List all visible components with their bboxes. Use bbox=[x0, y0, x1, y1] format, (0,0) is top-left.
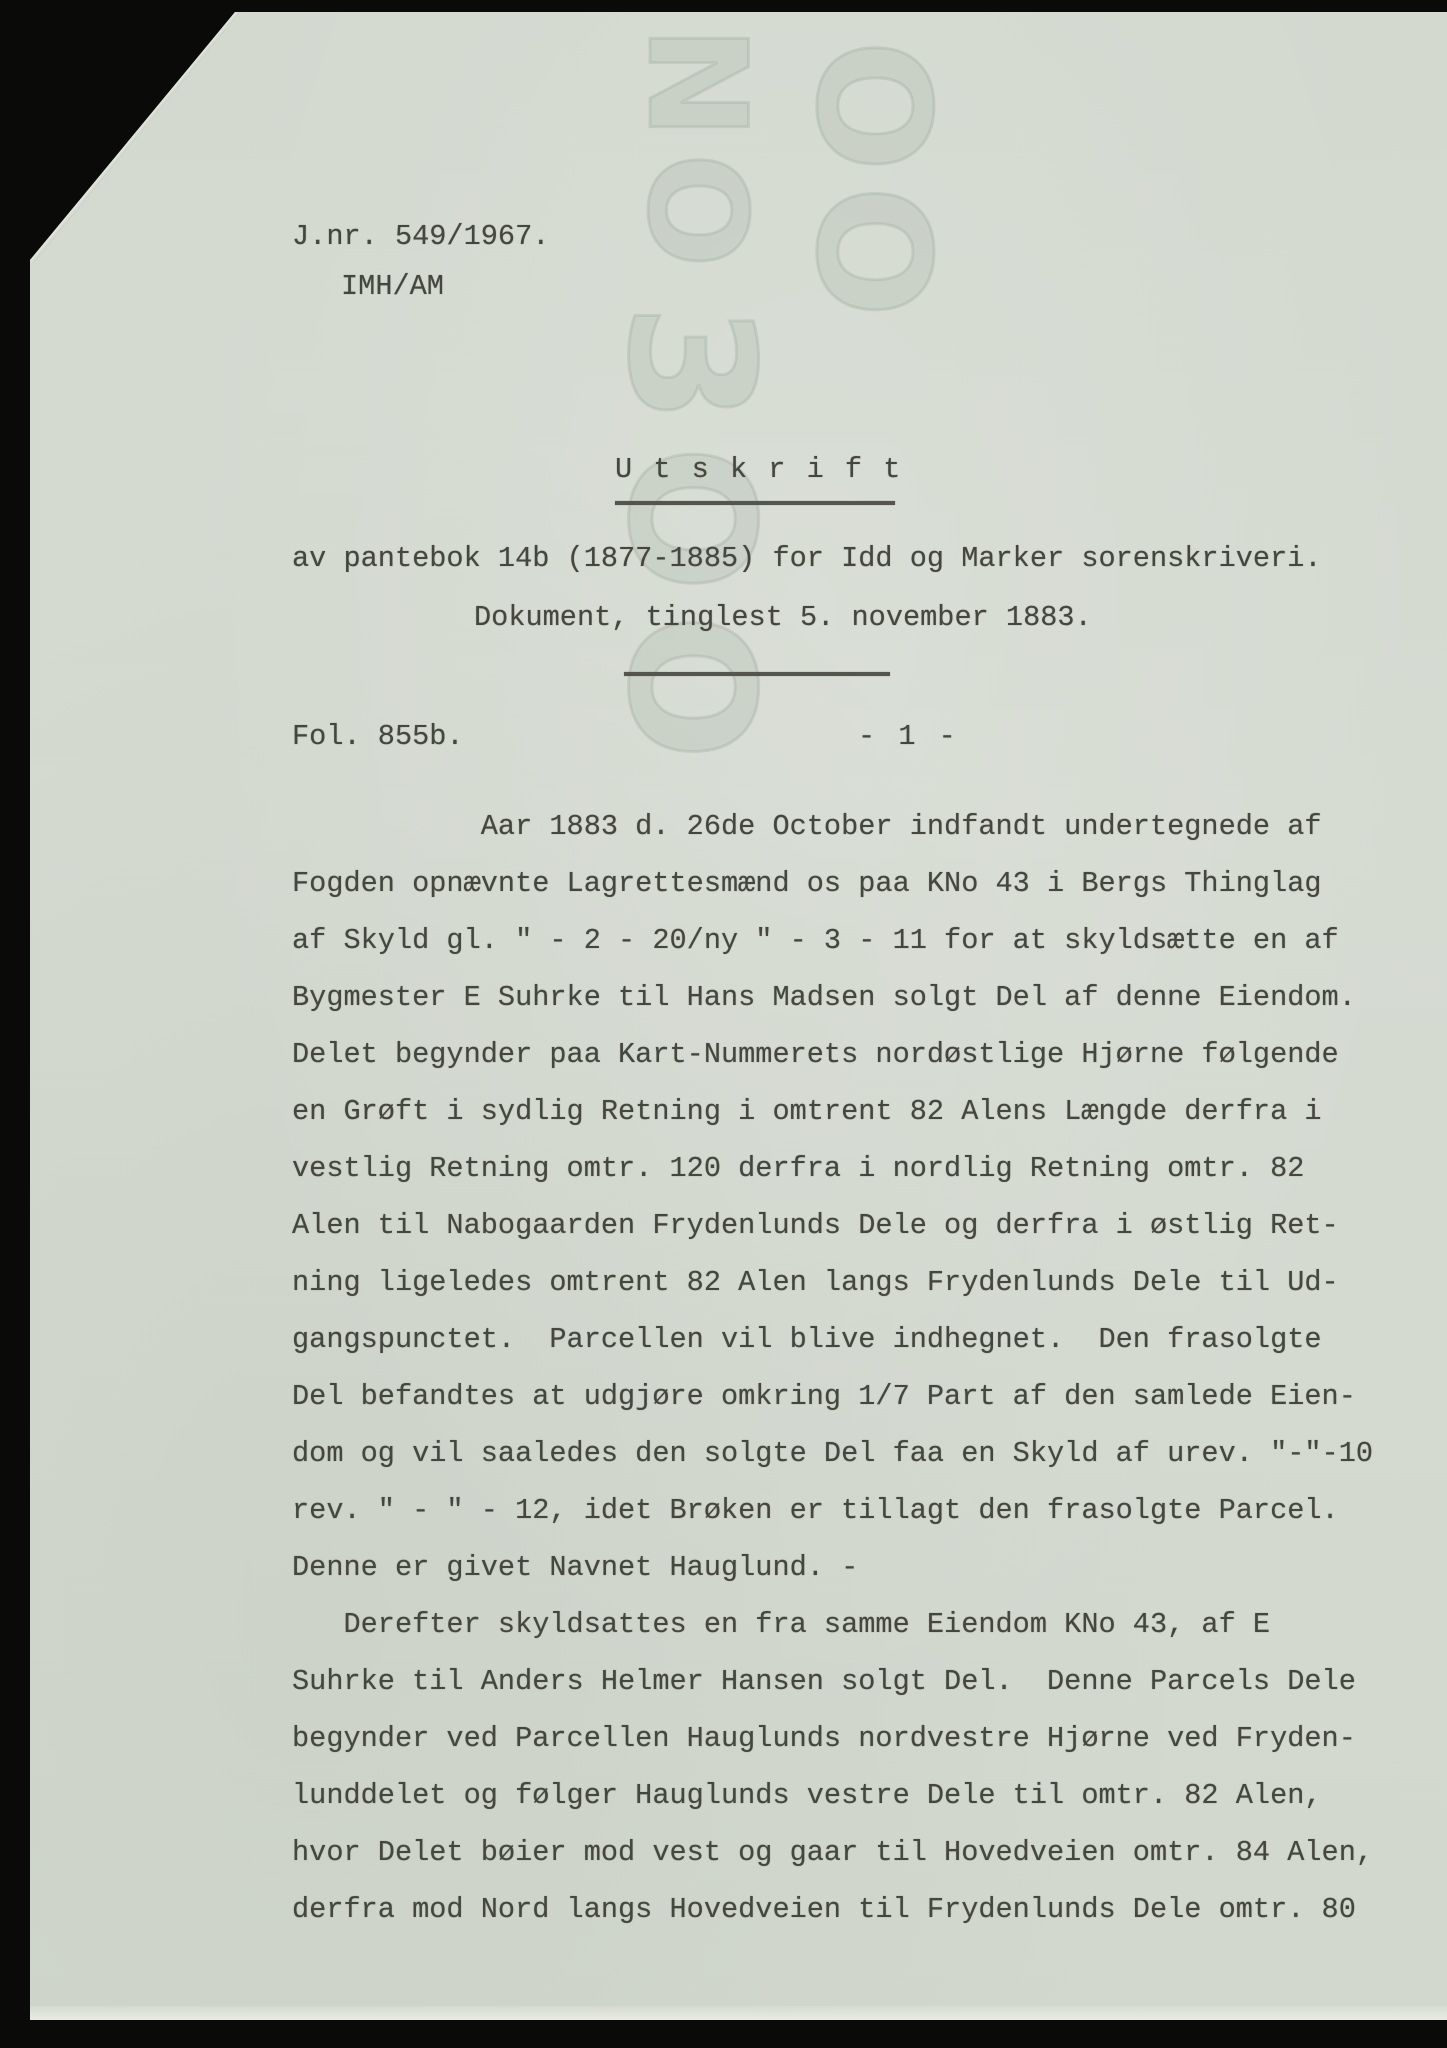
text-line: rev. " - " - 12, idet Brøken er tillagt … bbox=[292, 1482, 1373, 1539]
folio-reference: Fol. 855b. bbox=[292, 720, 464, 754]
text-line: gangspunctet. Parcellen vil blive indheg… bbox=[292, 1311, 1373, 1368]
text-line: af Skyld gl. " - 2 - 20/ny " - 3 - 11 fo… bbox=[292, 912, 1373, 969]
source-line: av pantebok 14b (1877-1885) for Idd og M… bbox=[292, 542, 1322, 576]
document-page: NO OO 3OO J.nr. 549/1967. IMH/AM U t s k… bbox=[30, 12, 1447, 2020]
text-line: hvor Delet bøier mod vest og gaar til Ho… bbox=[292, 1824, 1373, 1881]
text-line: Fogden opnævnte Lagrettesmænd os paa KNo… bbox=[292, 855, 1373, 912]
text-line: Del befandtes at udgjøre omkring 1/7 Par… bbox=[292, 1368, 1373, 1425]
title-underline bbox=[615, 501, 895, 505]
text-line: vestlig Retning omtr. 120 derfra i nordl… bbox=[292, 1140, 1373, 1197]
text-line: Bygmester E Suhrke til Hans Madsen solgt… bbox=[292, 969, 1373, 1026]
text-line: begynder ved Parcellen Hauglunds nordves… bbox=[292, 1710, 1373, 1767]
clerk-initials: IMH/AM bbox=[341, 270, 444, 304]
text-line: ning ligeledes omtrent 82 Alen langs Fry… bbox=[292, 1254, 1373, 1311]
text-line: en Grøft i sydlig Retning i omtrent 82 A… bbox=[292, 1083, 1373, 1140]
journal-number: J.nr. 549/1967. bbox=[292, 220, 549, 254]
text-line: Delet begynder paa Kart-Nummerets nordøs… bbox=[292, 1026, 1373, 1083]
page-title: U t s k r i f t bbox=[615, 453, 902, 487]
watermark-bleedthrough: NO bbox=[618, 26, 775, 282]
text-line: dom og vil saaledes den solgte Del faa e… bbox=[292, 1425, 1373, 1482]
document-body: Aar 1883 d. 26de October indfandt undert… bbox=[292, 798, 1373, 1938]
section-divider bbox=[624, 672, 890, 676]
text-line: Aar 1883 d. 26de October indfandt undert… bbox=[292, 798, 1373, 855]
text-line: Suhrke til Anders Helmer Hansen solgt De… bbox=[292, 1653, 1373, 1710]
page-number: - 1 - bbox=[858, 720, 959, 754]
text-line: derfra mod Nord langs Hovedveien til Fry… bbox=[292, 1881, 1373, 1938]
watermark-bleedthrough: OO bbox=[782, 40, 963, 332]
text-line: Derefter skyldsattes en fra samme Eiendo… bbox=[292, 1596, 1373, 1653]
text-line: Denne er givet Navnet Hauglund. - bbox=[292, 1539, 1373, 1596]
text-line: Alen til Nabogaarden Frydenlunds Dele og… bbox=[292, 1197, 1373, 1254]
cut-corner-edge bbox=[28, 6, 242, 264]
text-line: lunddelet og følger Hauglunds vestre Del… bbox=[292, 1767, 1373, 1824]
record-line: Dokument, tinglest 5. november 1883. bbox=[474, 601, 1092, 635]
